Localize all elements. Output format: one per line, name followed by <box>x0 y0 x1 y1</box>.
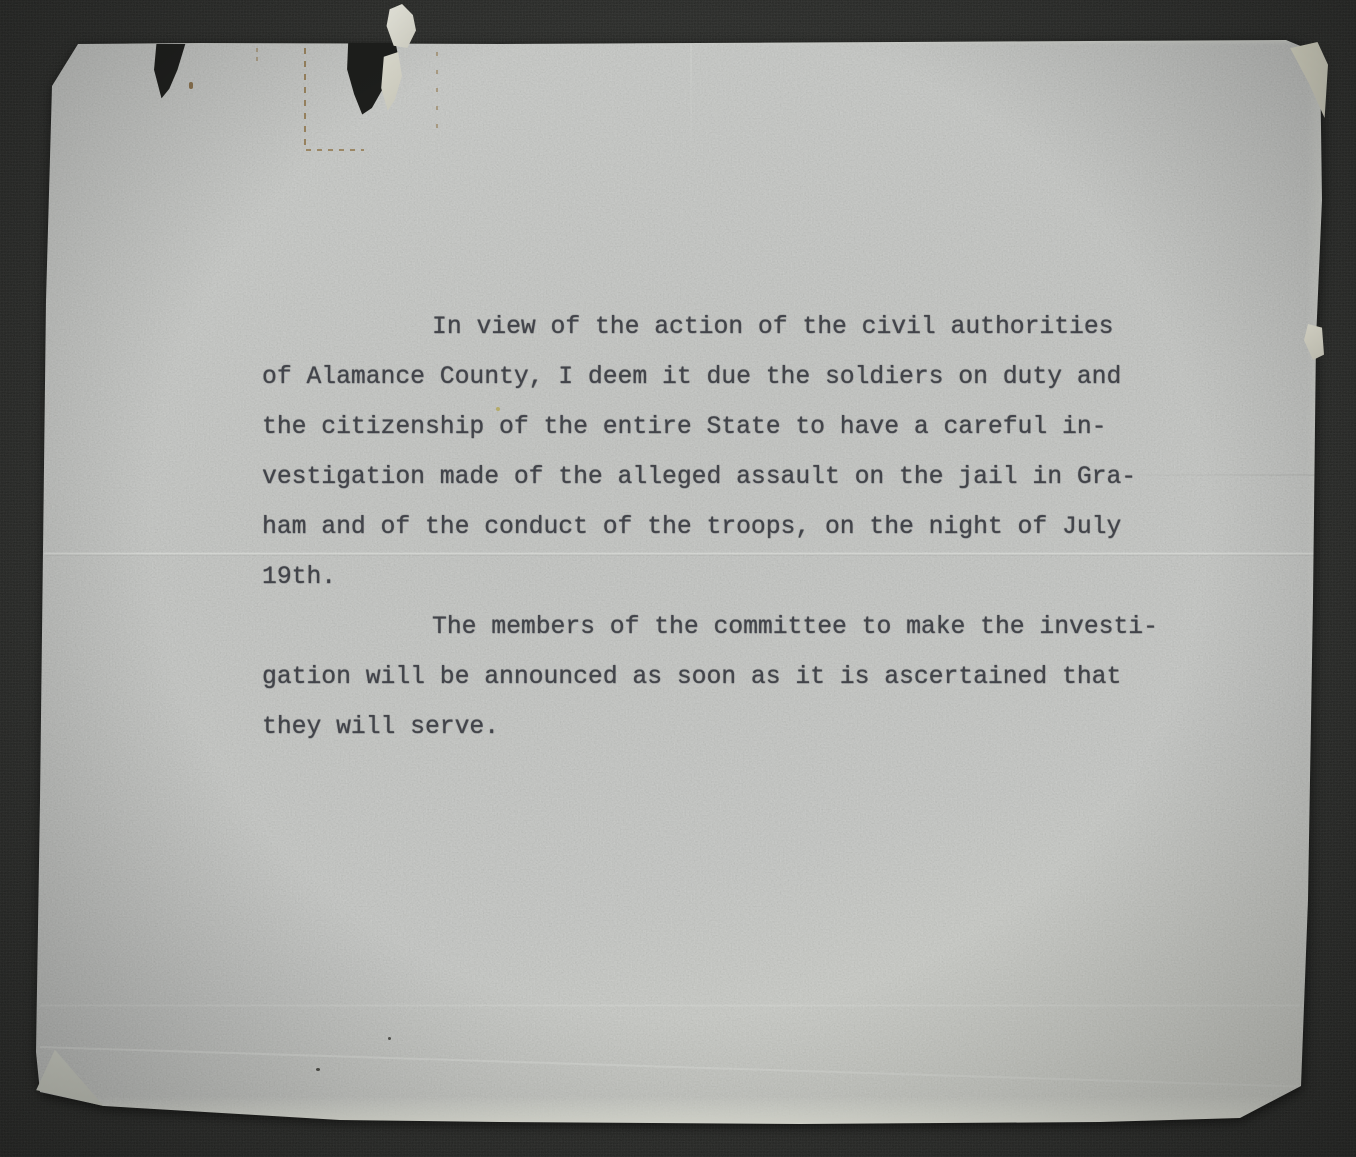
scan-vignette <box>0 0 1356 1157</box>
scanned-document-view: In view of the action of the civil autho… <box>0 0 1356 1157</box>
